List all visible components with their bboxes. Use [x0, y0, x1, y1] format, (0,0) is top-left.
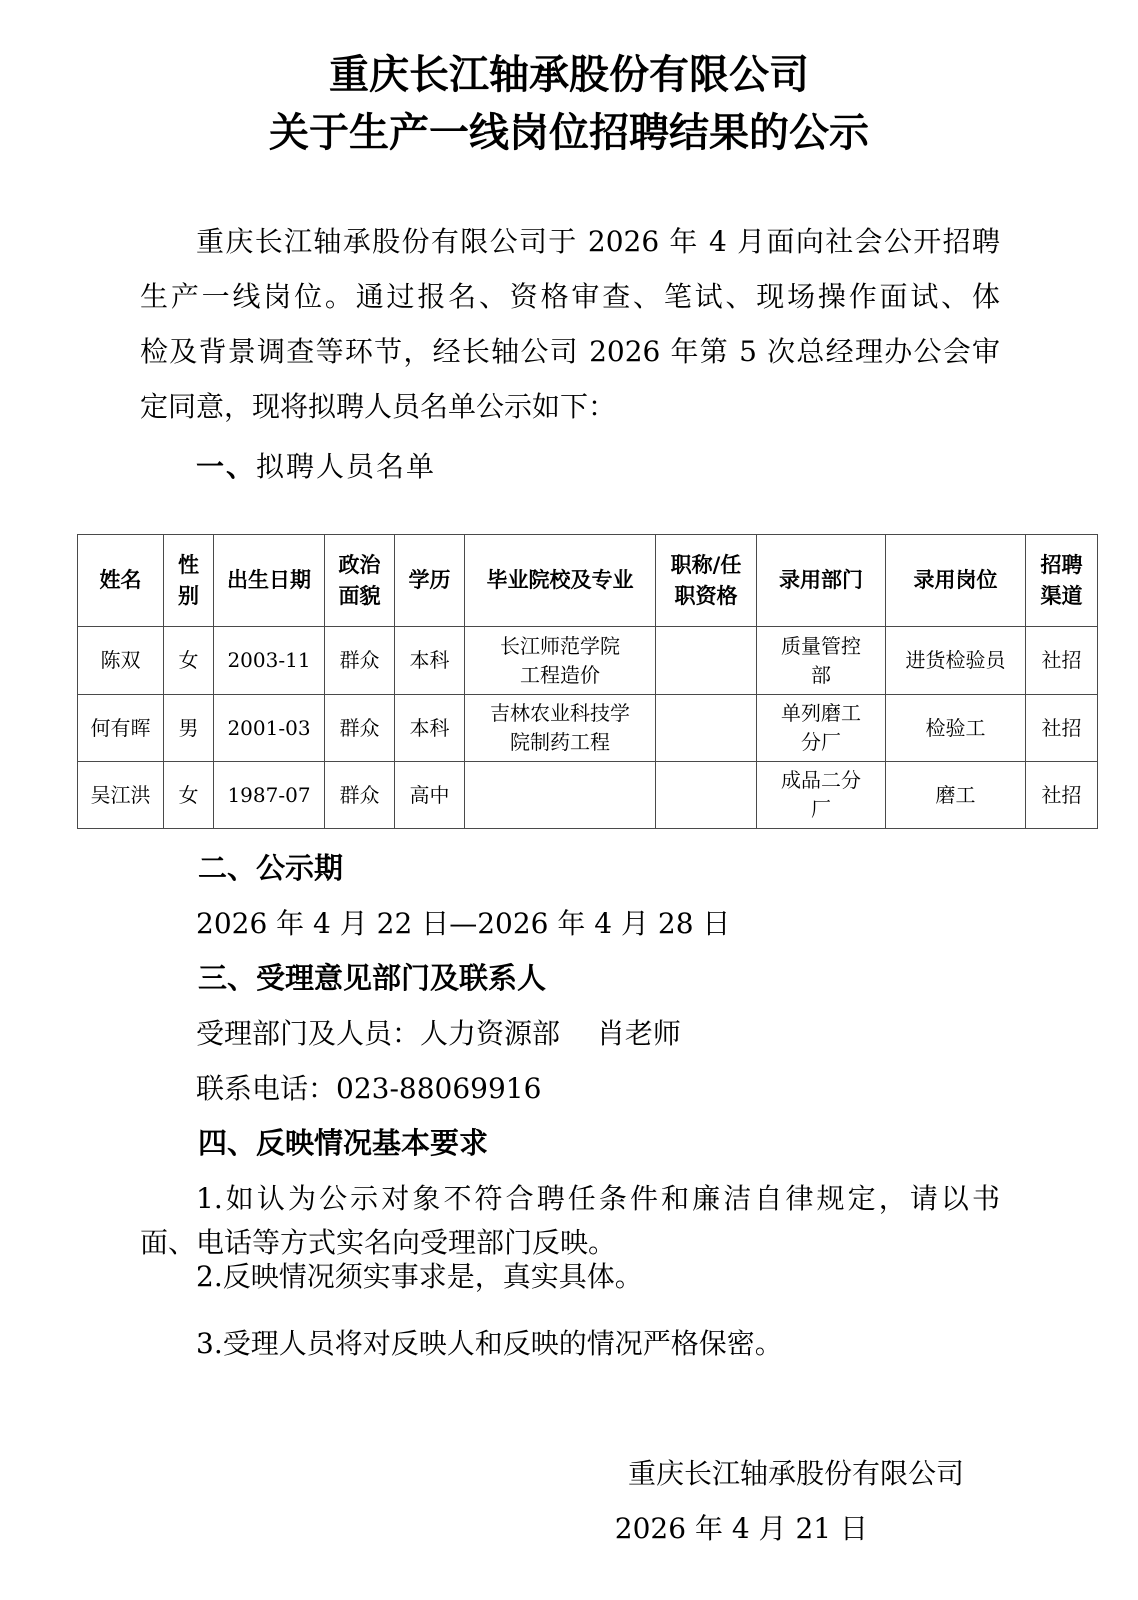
cell-position: 检验工	[886, 695, 1026, 762]
col-header-gender: 性别	[164, 535, 214, 627]
table-row: 吴江洪 女 1987-07 群众 高中 成品二分 厂 磨工 社招	[78, 762, 1098, 829]
document-title: 重庆长江轴承股份有限公司 关于生产一线岗位招聘结果的公示	[0, 0, 1138, 162]
cell-channel: 社招	[1026, 695, 1098, 762]
cell-department: 单列磨工 分厂	[757, 695, 886, 762]
hired-personnel-table: 姓名 性别 出生日期 政治面貌 学历 毕业院校及专业 职称/任职资格 录用部门 …	[77, 534, 1098, 829]
section1-heading: 一、拟聘人员名单	[140, 439, 1000, 494]
contact-phone-line: 联系电话：023-88069916	[140, 1061, 1000, 1116]
cell-education: 本科	[395, 627, 465, 695]
requirement-point-3: 3.受理人员将对反映人和反映的情况严格保密。	[140, 1316, 1000, 1371]
cell-education: 本科	[395, 695, 465, 762]
table-header-row: 姓名 性别 出生日期 政治面貌 学历 毕业院校及专业 职称/任职资格 录用部门 …	[78, 535, 1098, 627]
title-line-1: 重庆长江轴承股份有限公司	[0, 46, 1138, 104]
col-header-qualification: 职称/任职资格	[656, 535, 757, 627]
cell-position: 磨工	[886, 762, 1026, 829]
intro-line: 检及背景调查等环节，经长轴公司 2026 年第 5 次总经理办公会审	[140, 324, 1000, 379]
cell-school-major: 长江师范学院 工程造价	[465, 627, 656, 695]
col-header-birthdate: 出生日期	[214, 535, 325, 627]
intro-line: 生产一线岗位。通过报名、资格审查、笔试、现场操作面试、体	[140, 269, 1000, 324]
contact-department-line: 受理部门及人员：人力资源部 肖老师	[140, 1006, 1000, 1061]
cell-channel: 社招	[1026, 627, 1098, 695]
cell-qualification	[656, 695, 757, 762]
table-row: 何有晖 男 2001-03 群众 本科 吉林农业科技学 院制药工程 单列磨工 分…	[78, 695, 1098, 762]
intro-line: 重庆长江轴承股份有限公司于 2026 年 4 月面向社会公开招聘	[140, 214, 1000, 269]
cell-gender: 男	[164, 695, 214, 762]
cell-education: 高中	[395, 762, 465, 829]
col-header-name: 姓名	[78, 535, 164, 627]
col-header-school-major: 毕业院校及专业	[465, 535, 656, 627]
cell-name: 陈双	[78, 627, 164, 695]
col-header-department: 录用部门	[757, 535, 886, 627]
cell-position: 进货检验员	[886, 627, 1026, 695]
requirement-point-2: 2.反映情况须实事求是，真实具体。	[140, 1260, 1000, 1294]
cell-political-status: 群众	[325, 762, 395, 829]
cell-department: 成品二分 厂	[757, 762, 886, 829]
title-line-2: 关于生产一线岗位招聘结果的公示	[0, 104, 1138, 162]
cell-qualification	[656, 762, 757, 829]
table-row: 陈双 女 2003-11 群众 本科 长江师范学院 工程造价 质量管控 部 进货…	[78, 627, 1098, 695]
cell-gender: 女	[164, 627, 214, 695]
hired-personnel-table-wrap: 姓名 性别 出生日期 政治面貌 学历 毕业院校及专业 职称/任职资格 录用部门 …	[77, 534, 1138, 829]
requirement-point-1-line-2: 面、电话等方式实名向受理部门反映。	[140, 1226, 1000, 1260]
col-header-education: 学历	[395, 535, 465, 627]
section1-number: 一、	[196, 450, 256, 483]
intro-paragraph: 重庆长江轴承股份有限公司于 2026 年 4 月面向社会公开招聘 生产一线岗位。…	[140, 214, 1000, 434]
signature-company: 重庆长江轴承股份有限公司	[140, 1446, 1000, 1501]
section2-heading: 二、公示期	[140, 841, 1000, 896]
section4-heading: 四、反映情况基本要求	[140, 1116, 1000, 1171]
cell-gender: 女	[164, 762, 214, 829]
cell-political-status: 群众	[325, 695, 395, 762]
cell-department: 质量管控 部	[757, 627, 886, 695]
cell-school-major: 吉林农业科技学 院制药工程	[465, 695, 656, 762]
section3-heading: 三、受理意见部门及联系人	[140, 951, 1000, 1006]
col-header-channel: 招聘渠道	[1026, 535, 1098, 627]
publicity-period: 2026 年 4 月 22 日—2026 年 4 月 28 日	[140, 896, 1000, 951]
cell-name: 何有晖	[78, 695, 164, 762]
section1-title: 拟聘人员名单	[256, 450, 436, 483]
requirement-point-1-line-1: 1.如认为公示对象不符合聘任条件和廉洁自律规定，请以书	[140, 1171, 1000, 1226]
cell-birthdate: 1987-07	[214, 762, 325, 829]
intro-line: 定同意，现将拟聘人员名单公示如下：	[140, 379, 1000, 434]
cell-birthdate: 2001-03	[214, 695, 325, 762]
cell-name: 吴江洪	[78, 762, 164, 829]
cell-qualification	[656, 627, 757, 695]
col-header-political-status: 政治面貌	[325, 535, 395, 627]
col-header-position: 录用岗位	[886, 535, 1026, 627]
cell-school-major	[465, 762, 656, 829]
announcement-document: 重庆长江轴承股份有限公司 关于生产一线岗位招聘结果的公示 重庆长江轴承股份有限公…	[0, 0, 1138, 1600]
signature-date: 2026 年 4 月 21 日	[140, 1501, 1000, 1556]
cell-channel: 社招	[1026, 762, 1098, 829]
cell-political-status: 群众	[325, 627, 395, 695]
cell-birthdate: 2003-11	[214, 627, 325, 695]
